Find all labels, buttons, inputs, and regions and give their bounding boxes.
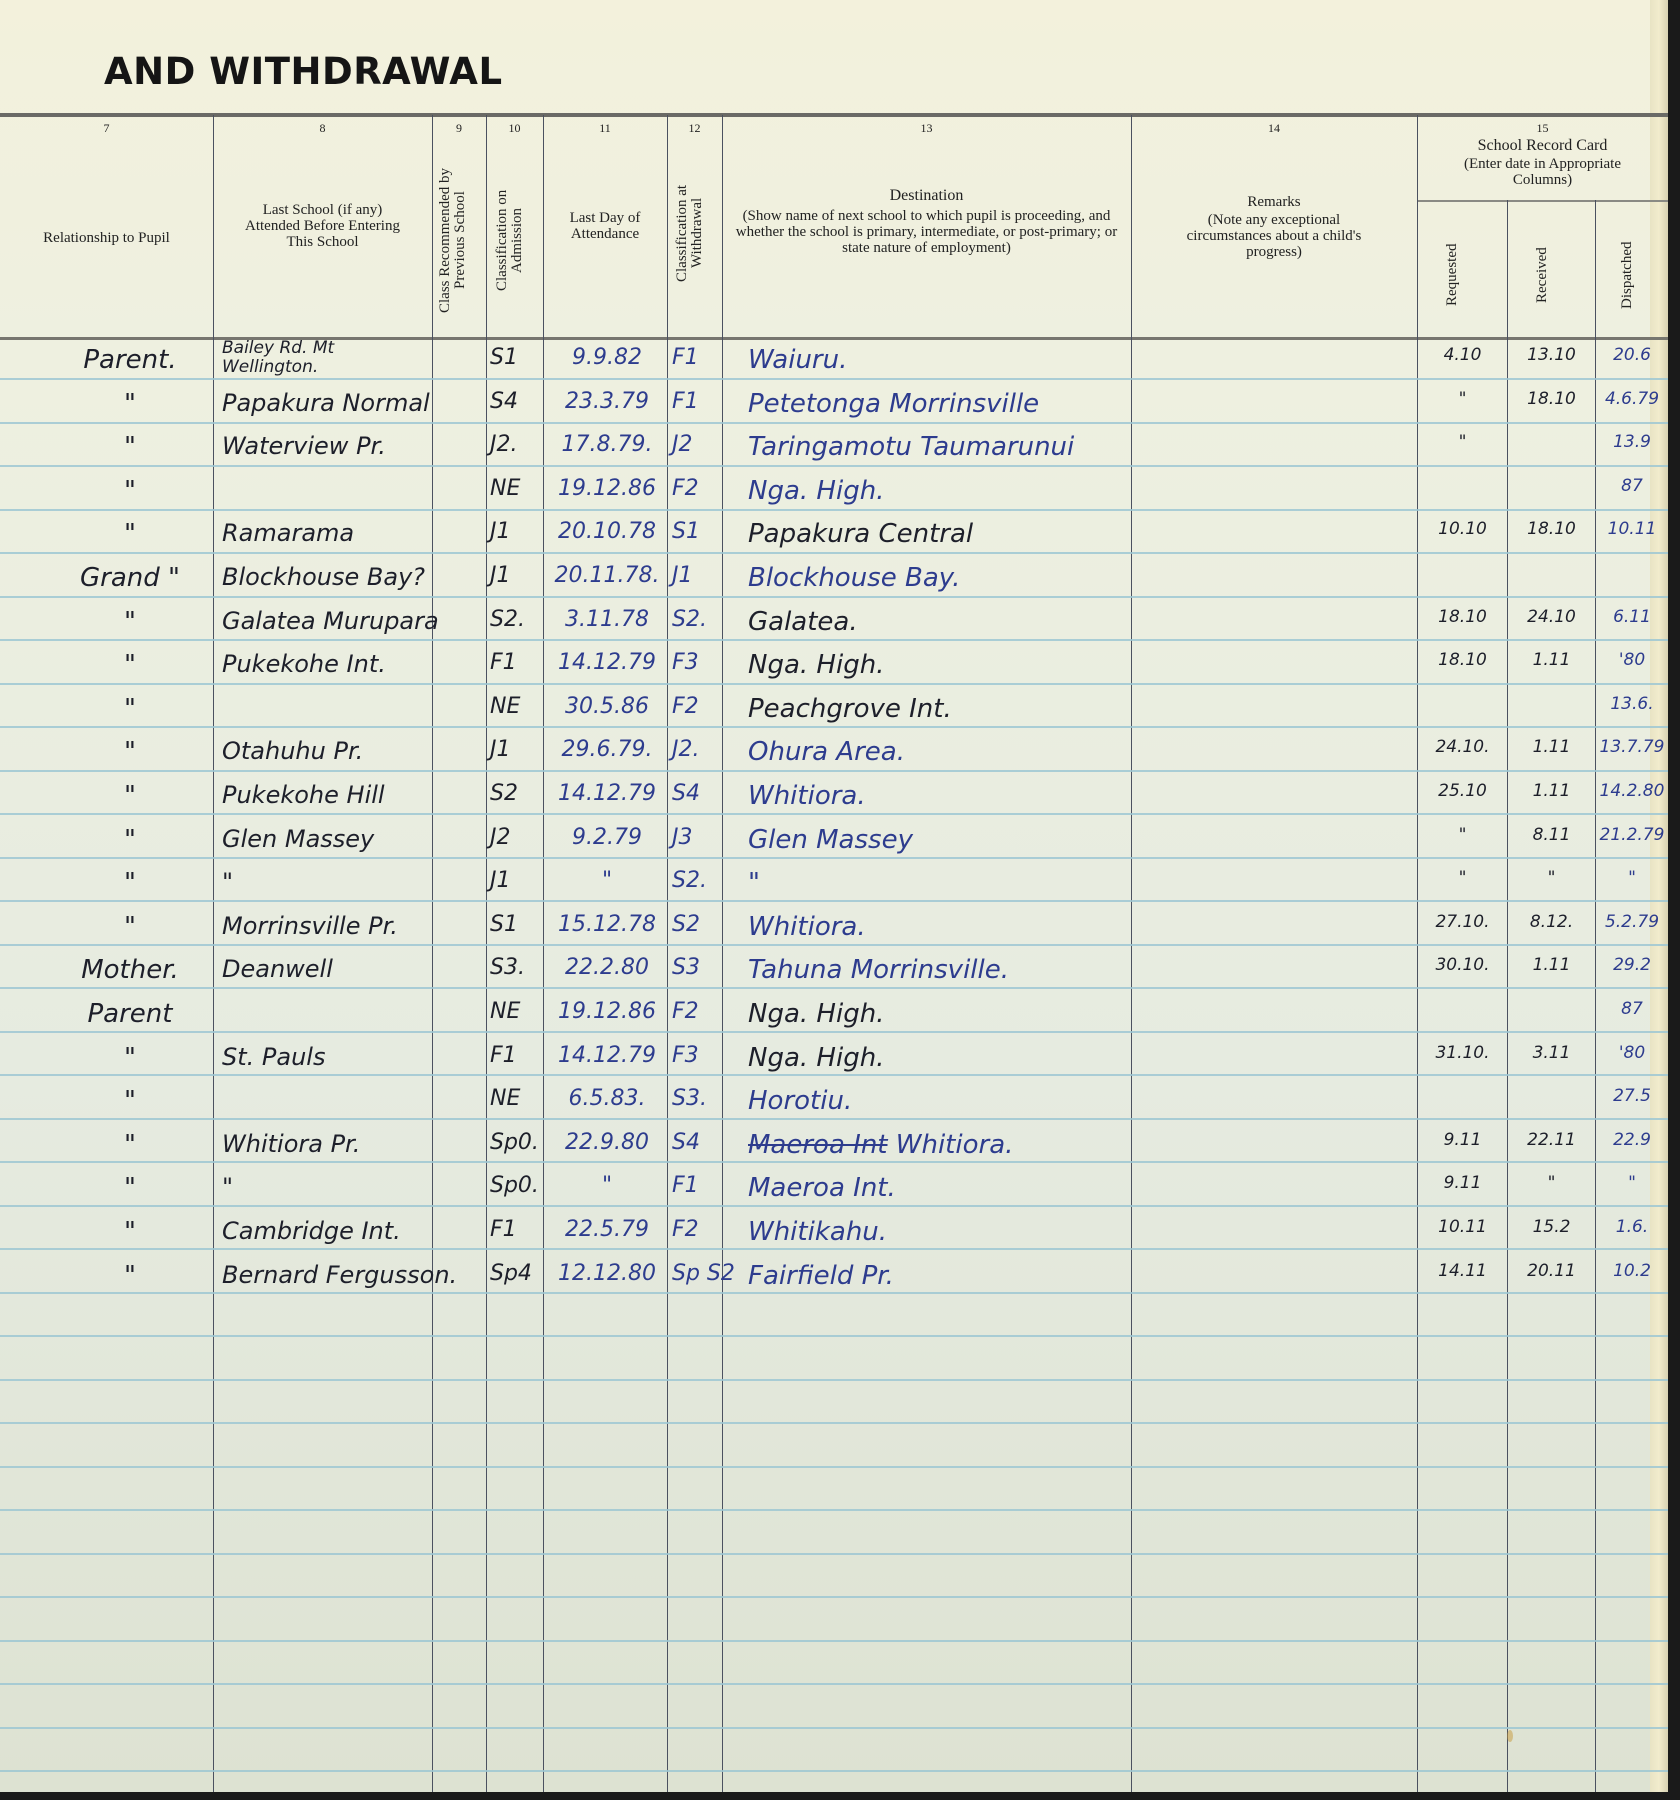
header-col-13: 13 Destination (Show name of next school… bbox=[722, 120, 1131, 335]
cell-received: " bbox=[1509, 868, 1594, 888]
cell-destination: Tahuna Morrinsville. bbox=[748, 955, 1128, 985]
cell-last-school: Bailey Rd. Mt Wellington. bbox=[222, 339, 372, 377]
cell-class-withdrawal: J2. bbox=[672, 737, 722, 762]
cell-requested: " bbox=[1420, 389, 1505, 409]
ruled-line bbox=[0, 1596, 1668, 1598]
ruled-line bbox=[0, 1553, 1668, 1555]
page-title: AND WITHDRAWAL bbox=[104, 50, 503, 93]
register-page: AND WITHDRAWAL 7 Relationship to Pupil 8… bbox=[0, 0, 1668, 1792]
cell-requested: " bbox=[1420, 825, 1505, 845]
cell-last-school: Otahuhu Pr. bbox=[222, 737, 432, 765]
cell-class-withdrawal: F3 bbox=[672, 650, 722, 675]
cell-requested: 10.10 bbox=[1420, 519, 1505, 539]
ruled-line bbox=[0, 509, 1668, 511]
cell-received: 1.11 bbox=[1509, 781, 1594, 801]
cell-received: 22.11 bbox=[1509, 1130, 1594, 1150]
cell-received: 13.10 bbox=[1509, 345, 1594, 365]
ruled-line bbox=[0, 1683, 1668, 1685]
cell-relationship: " bbox=[55, 519, 205, 549]
column-divider bbox=[432, 115, 433, 1792]
column-divider bbox=[1417, 115, 1418, 1792]
cell-last-school: Glen Massey bbox=[222, 825, 432, 853]
cell-last-day: 14.12.79 bbox=[548, 781, 666, 806]
cell-class-withdrawal: J3 bbox=[672, 825, 722, 850]
cell-last-day: 19.12.86 bbox=[548, 999, 666, 1024]
cell-last-school: Deanwell bbox=[222, 955, 432, 983]
cell-destination: Whitikahu. bbox=[748, 1217, 1128, 1247]
cell-class-withdrawal: F3 bbox=[672, 1043, 722, 1068]
cell-class-admission: J1 bbox=[490, 737, 545, 762]
cell-class-admission: J2. bbox=[490, 432, 545, 457]
cell-class-withdrawal: F1 bbox=[672, 389, 722, 414]
cell-destination: Waiuru. bbox=[748, 345, 1128, 375]
cell-last-day: 23.3.79 bbox=[548, 389, 666, 414]
ruled-line bbox=[0, 1248, 1668, 1250]
cell-relationship: " bbox=[55, 650, 205, 680]
cell-received: 8.12. bbox=[1509, 912, 1594, 932]
cell-last-day: 15.12.78 bbox=[548, 912, 666, 937]
cell-last-day: " bbox=[548, 868, 666, 893]
cell-last-school: Galatea Murupara bbox=[222, 607, 432, 635]
cell-requested: 25.10 bbox=[1420, 781, 1505, 801]
cell-received: 15.2 bbox=[1509, 1217, 1594, 1237]
cell-dispatched: 13.6. bbox=[1597, 694, 1667, 714]
cell-dispatched: 20.6 bbox=[1597, 345, 1667, 365]
cell-received: 1.11 bbox=[1509, 955, 1594, 975]
ruled-line bbox=[0, 683, 1668, 685]
cell-relationship: " bbox=[55, 1217, 205, 1247]
cell-class-admission: Sp0. bbox=[490, 1173, 545, 1198]
cell-requested: 4.10 bbox=[1420, 345, 1505, 365]
cell-requested: " bbox=[1420, 868, 1505, 888]
cell-dispatched: " bbox=[1597, 1173, 1667, 1193]
cell-dispatched: 22.9 bbox=[1597, 1130, 1667, 1150]
cell-last-school: " bbox=[222, 1173, 432, 1201]
cell-destination: Peachgrove Int. bbox=[748, 694, 1128, 724]
ruled-line bbox=[0, 1031, 1668, 1033]
cell-class-withdrawal: F1 bbox=[672, 345, 722, 370]
cell-class-admission: J2 bbox=[490, 825, 545, 850]
header-col-9-label: Class Recommended by Previous School bbox=[438, 148, 478, 333]
cell-last-school: Pukekohe Hill bbox=[222, 781, 432, 809]
ruled-line bbox=[0, 1727, 1668, 1729]
cell-destination: Ohura Area. bbox=[748, 737, 1128, 767]
struck-destination: Maeroa Int bbox=[748, 1130, 888, 1160]
cell-requested: 30.10. bbox=[1420, 955, 1505, 975]
ruled-line bbox=[0, 770, 1668, 772]
header-dispatched: Dispatched bbox=[1620, 225, 1654, 325]
cell-requested: 31.10. bbox=[1420, 1043, 1505, 1063]
cell-dispatched: 27.5 bbox=[1597, 1086, 1667, 1106]
cell-class-withdrawal: F2 bbox=[672, 999, 722, 1024]
cell-last-day: 12.12.80 bbox=[548, 1261, 666, 1286]
cell-destination: Petetonga Morrinsville bbox=[748, 389, 1128, 419]
column-divider bbox=[213, 115, 214, 1792]
ruled-line bbox=[0, 1118, 1668, 1120]
cell-last-day: 22.5.79 bbox=[548, 1217, 666, 1242]
ruled-line bbox=[0, 813, 1668, 815]
cell-received: 1.11 bbox=[1509, 650, 1594, 670]
cell-last-day: 9.2.79 bbox=[548, 825, 666, 850]
cell-destination: Nga. High. bbox=[748, 999, 1128, 1029]
cell-destination: Nga. High. bbox=[748, 650, 1128, 680]
ruled-line bbox=[0, 1205, 1668, 1207]
cell-destination: Taringamotu Taumarunui bbox=[748, 432, 1128, 462]
cell-relationship: " bbox=[55, 1173, 205, 1203]
header-col-7: 7 Relationship to Pupil bbox=[0, 120, 213, 335]
cell-class-admission: F1 bbox=[490, 1043, 545, 1068]
cell-relationship: " bbox=[55, 607, 205, 637]
ruled-line bbox=[0, 987, 1668, 989]
column-divider bbox=[486, 115, 487, 1792]
ruled-line bbox=[0, 1335, 1668, 1337]
cell-requested: 10.11 bbox=[1420, 1217, 1505, 1237]
cell-dispatched: 21.2.79 bbox=[1597, 825, 1667, 845]
cell-class-withdrawal: J2 bbox=[672, 432, 722, 457]
ruled-line bbox=[0, 1640, 1668, 1642]
cell-class-withdrawal: F2 bbox=[672, 476, 722, 501]
cell-class-withdrawal: S2. bbox=[672, 868, 722, 893]
cell-last-day: " bbox=[548, 1173, 666, 1198]
cell-class-admission: S3. bbox=[490, 955, 545, 980]
paper-stain bbox=[1507, 1730, 1513, 1742]
cell-last-school: Morrinsville Pr. bbox=[222, 912, 432, 940]
cell-last-school: Bernard Fergusson. bbox=[222, 1261, 432, 1289]
cell-last-school: Papakura Normal bbox=[222, 389, 432, 417]
cell-destination: Whitiora. bbox=[748, 781, 1128, 811]
cell-class-admission: S4 bbox=[490, 389, 545, 414]
ruled-line bbox=[0, 596, 1668, 598]
cell-last-day: 9.9.82 bbox=[548, 345, 666, 370]
cell-requested: 18.10 bbox=[1420, 650, 1505, 670]
cell-dispatched: 5.2.79 bbox=[1597, 912, 1667, 932]
cell-class-withdrawal: F1 bbox=[672, 1173, 722, 1198]
cell-class-withdrawal: Sp S2 bbox=[672, 1261, 722, 1286]
ruled-line bbox=[0, 900, 1668, 902]
cell-relationship: " bbox=[55, 868, 205, 898]
cell-class-admission: NE bbox=[490, 1086, 545, 1111]
cell-destination: Glen Massey bbox=[748, 825, 1128, 855]
cell-class-admission: Sp0. bbox=[490, 1130, 545, 1155]
cell-last-school: Pukekohe Int. bbox=[222, 650, 432, 678]
cell-last-day: 3.11.78 bbox=[548, 607, 666, 632]
cell-relationship: " bbox=[55, 1086, 205, 1116]
cell-last-school: Blockhouse Bay? bbox=[222, 563, 432, 591]
ruled-line bbox=[0, 1292, 1668, 1294]
cell-dispatched: 13.7.79 bbox=[1597, 737, 1667, 757]
cell-received: 18.10 bbox=[1509, 519, 1594, 539]
cell-last-day: 30.5.86 bbox=[548, 694, 666, 719]
cell-relationship: " bbox=[55, 825, 205, 855]
cell-last-school: Whitiora Pr. bbox=[222, 1130, 432, 1158]
cell-destination: Papakura Central bbox=[748, 519, 1128, 549]
cell-class-admission: J1 bbox=[490, 563, 545, 588]
cell-class-admission: NE bbox=[490, 999, 545, 1024]
cell-last-day: 29.6.79. bbox=[548, 737, 666, 762]
cell-last-day: 6.5.83. bbox=[548, 1086, 666, 1111]
cell-destination: Maeroa Int. bbox=[748, 1173, 1128, 1203]
header-col-12: 12 bbox=[667, 120, 722, 136]
ruled-line bbox=[0, 1422, 1668, 1424]
cell-received: 18.10 bbox=[1509, 389, 1594, 409]
ruled-line bbox=[0, 1379, 1668, 1381]
cell-dispatched: 6.11 bbox=[1597, 607, 1667, 627]
cell-last-day: 14.12.79 bbox=[548, 650, 666, 675]
cell-class-admission: J1 bbox=[490, 519, 545, 544]
cell-relationship: Parent. bbox=[55, 345, 205, 375]
cell-relationship: " bbox=[55, 389, 205, 419]
ruled-line bbox=[0, 422, 1668, 424]
cell-relationship: " bbox=[55, 737, 205, 767]
cell-class-withdrawal: S2 bbox=[672, 912, 722, 937]
cell-relationship: " bbox=[55, 912, 205, 942]
cell-relationship: " bbox=[55, 1261, 205, 1291]
cell-class-withdrawal: S3 bbox=[672, 955, 722, 980]
ruled-line bbox=[0, 552, 1668, 554]
header-requested: Requested bbox=[1445, 225, 1479, 325]
cell-last-school: Ramarama bbox=[222, 519, 432, 547]
record-card-subheader-rule bbox=[1417, 200, 1668, 202]
cell-last-school: Cambridge Int. bbox=[222, 1217, 432, 1245]
cell-class-withdrawal: S4 bbox=[672, 1130, 722, 1155]
cell-dispatched: '80 bbox=[1597, 1043, 1667, 1063]
cell-class-withdrawal: F2 bbox=[672, 694, 722, 719]
cell-last-school: Waterview Pr. bbox=[222, 432, 432, 460]
cell-requested: 9.11 bbox=[1420, 1130, 1505, 1150]
cell-destination: Maeroa Int Whitiora. bbox=[748, 1130, 1128, 1160]
cell-dispatched: 87 bbox=[1597, 476, 1667, 496]
cell-class-admission: NE bbox=[490, 694, 545, 719]
header-col-9: 9 bbox=[432, 120, 486, 136]
cell-requested: 18.10 bbox=[1420, 607, 1505, 627]
cell-class-admission: F1 bbox=[490, 1217, 545, 1242]
cell-relationship: " bbox=[55, 1130, 205, 1160]
cell-destination: Nga. High. bbox=[748, 1043, 1128, 1073]
cell-dispatched: '80 bbox=[1597, 650, 1667, 670]
header-col-10-label: Classification on Admission bbox=[495, 160, 535, 320]
ruled-line bbox=[0, 1770, 1668, 1772]
cell-class-admission: Sp4 bbox=[490, 1261, 545, 1286]
corrected-destination: Whitiora. bbox=[888, 1130, 1014, 1160]
cell-class-withdrawal: F2 bbox=[672, 1217, 722, 1242]
cell-destination: " bbox=[748, 868, 1128, 898]
cell-last-day: 17.8.79. bbox=[548, 432, 666, 457]
cell-dispatched: " bbox=[1597, 868, 1667, 888]
cell-relationship: Grand " bbox=[55, 563, 205, 593]
ruled-line bbox=[0, 639, 1668, 641]
header-col-8: 8 Last School (if any) Attended Before E… bbox=[213, 120, 432, 335]
cell-destination: Blockhouse Bay. bbox=[748, 563, 1128, 593]
cell-dispatched: 10.2 bbox=[1597, 1261, 1667, 1281]
cell-last-day: 22.9.80 bbox=[548, 1130, 666, 1155]
cell-last-day: 22.2.80 bbox=[548, 955, 666, 980]
cell-received: 8.11 bbox=[1509, 825, 1594, 845]
cell-dispatched: 4.6.79 bbox=[1597, 389, 1667, 409]
ruled-line bbox=[0, 378, 1668, 380]
cell-class-admission: S2. bbox=[490, 607, 545, 632]
cell-class-admission: S1 bbox=[490, 912, 545, 937]
ruled-line bbox=[0, 1509, 1668, 1511]
column-divider bbox=[1131, 115, 1132, 1792]
ruled-line bbox=[0, 465, 1668, 467]
cell-relationship: Parent bbox=[55, 999, 205, 1029]
ruled-line bbox=[0, 1074, 1668, 1076]
cell-dispatched: 13.9 bbox=[1597, 432, 1667, 452]
cell-destination: Nga. High. bbox=[748, 476, 1128, 506]
cell-destination: Fairfield Pr. bbox=[748, 1261, 1128, 1291]
cell-class-admission: F1 bbox=[490, 650, 545, 675]
cell-requested: 24.10. bbox=[1420, 737, 1505, 757]
cell-destination: Galatea. bbox=[748, 607, 1128, 637]
cell-dispatched: 87 bbox=[1597, 999, 1667, 1019]
cell-class-withdrawal: J1 bbox=[672, 563, 722, 588]
cell-received: 24.10 bbox=[1509, 607, 1594, 627]
cell-destination: Horotiu. bbox=[748, 1086, 1128, 1116]
cell-dispatched: 29.2 bbox=[1597, 955, 1667, 975]
cell-class-withdrawal: S1 bbox=[672, 519, 722, 544]
ruled-line bbox=[0, 857, 1668, 859]
cell-requested: 14.11 bbox=[1420, 1261, 1505, 1281]
cell-class-admission: J1 bbox=[490, 868, 545, 893]
ruled-line bbox=[0, 1466, 1668, 1468]
cell-requested: 9.11 bbox=[1420, 1173, 1505, 1193]
cell-class-withdrawal: S3. bbox=[672, 1086, 722, 1111]
cell-relationship: Mother. bbox=[55, 955, 205, 985]
header-col-10: 10 bbox=[486, 120, 543, 136]
cell-dispatched: 10.11 bbox=[1597, 519, 1667, 539]
ruled-line bbox=[0, 944, 1668, 946]
cell-relationship: " bbox=[55, 432, 205, 462]
header-col-14: 14 Remarks (Note any exceptional circums… bbox=[1131, 120, 1417, 335]
cell-received: " bbox=[1509, 1173, 1594, 1193]
cell-relationship: " bbox=[55, 476, 205, 506]
ruled-line bbox=[0, 1161, 1668, 1163]
cell-class-admission: S1 bbox=[490, 345, 545, 370]
ruled-line bbox=[0, 726, 1668, 728]
cell-last-day: 20.10.78 bbox=[548, 519, 666, 544]
cell-received: 20.11 bbox=[1509, 1261, 1594, 1281]
cell-last-day: 20.11.78. bbox=[548, 563, 666, 588]
cell-last-day: 19.12.86 bbox=[548, 476, 666, 501]
header-col-11: 11 Last Day of Attendance bbox=[543, 120, 667, 335]
cell-received: 1.11 bbox=[1509, 737, 1594, 757]
header-col-15: 15 School Record Card (Enter date in App… bbox=[1417, 120, 1668, 136]
cell-class-withdrawal: S2. bbox=[672, 607, 722, 632]
cell-dispatched: 14.2.80 bbox=[1597, 781, 1667, 801]
cell-class-admission: NE bbox=[490, 476, 545, 501]
cell-last-day: 14.12.79 bbox=[548, 1043, 666, 1068]
column-divider bbox=[667, 115, 668, 1792]
cell-last-school: " bbox=[222, 868, 432, 896]
cell-class-withdrawal: S4 bbox=[672, 781, 722, 806]
cell-relationship: " bbox=[55, 781, 205, 811]
cell-relationship: " bbox=[55, 694, 205, 724]
header-received: Received bbox=[1535, 225, 1569, 325]
cell-requested: 27.10. bbox=[1420, 912, 1505, 932]
cell-last-school: St. Pauls bbox=[222, 1043, 432, 1071]
header-col-12-label: Classification at Withdrawal bbox=[675, 148, 715, 318]
cell-destination: Whitiora. bbox=[748, 912, 1128, 942]
column-divider bbox=[722, 115, 723, 1792]
cell-class-admission: S2 bbox=[490, 781, 545, 806]
cell-dispatched: 1.6. bbox=[1597, 1217, 1667, 1237]
cell-received: 3.11 bbox=[1509, 1043, 1594, 1063]
cell-requested: " bbox=[1420, 432, 1505, 452]
cell-relationship: " bbox=[55, 1043, 205, 1073]
